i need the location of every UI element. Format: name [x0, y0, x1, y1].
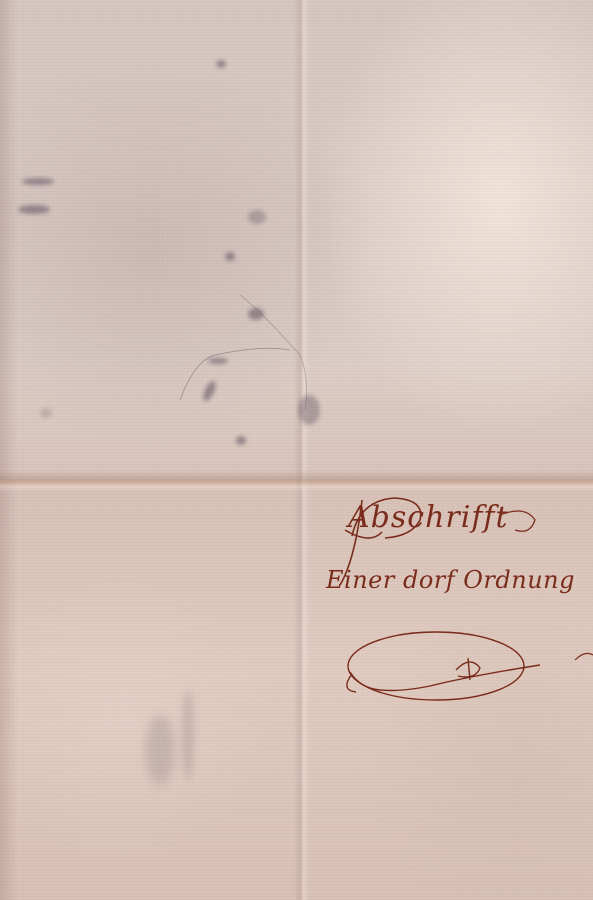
ink-smudge — [248, 308, 264, 320]
horizontal-fold-crease — [0, 470, 593, 492]
ink-smudge — [40, 408, 52, 418]
ink-smudge — [248, 210, 266, 224]
title-line-1: Abschrifft — [348, 500, 509, 535]
ink-smudge — [22, 178, 54, 185]
paper-edge-shadow — [0, 0, 18, 900]
ink-smudge — [18, 205, 50, 214]
ink-smudge — [216, 60, 226, 68]
ink-smudge — [236, 436, 246, 445]
ink-smudge — [298, 395, 320, 425]
ink-smudge — [182, 690, 194, 780]
ink-smudge — [208, 358, 228, 364]
title-line-2: Einer dorf Ordnung — [326, 566, 575, 594]
ink-smudge — [225, 252, 235, 261]
ink-smudge — [145, 715, 175, 785]
manuscript-page: Abschrifft Einer dorf Ordnung — [0, 0, 593, 900]
vertical-fold-crease — [294, 0, 310, 900]
